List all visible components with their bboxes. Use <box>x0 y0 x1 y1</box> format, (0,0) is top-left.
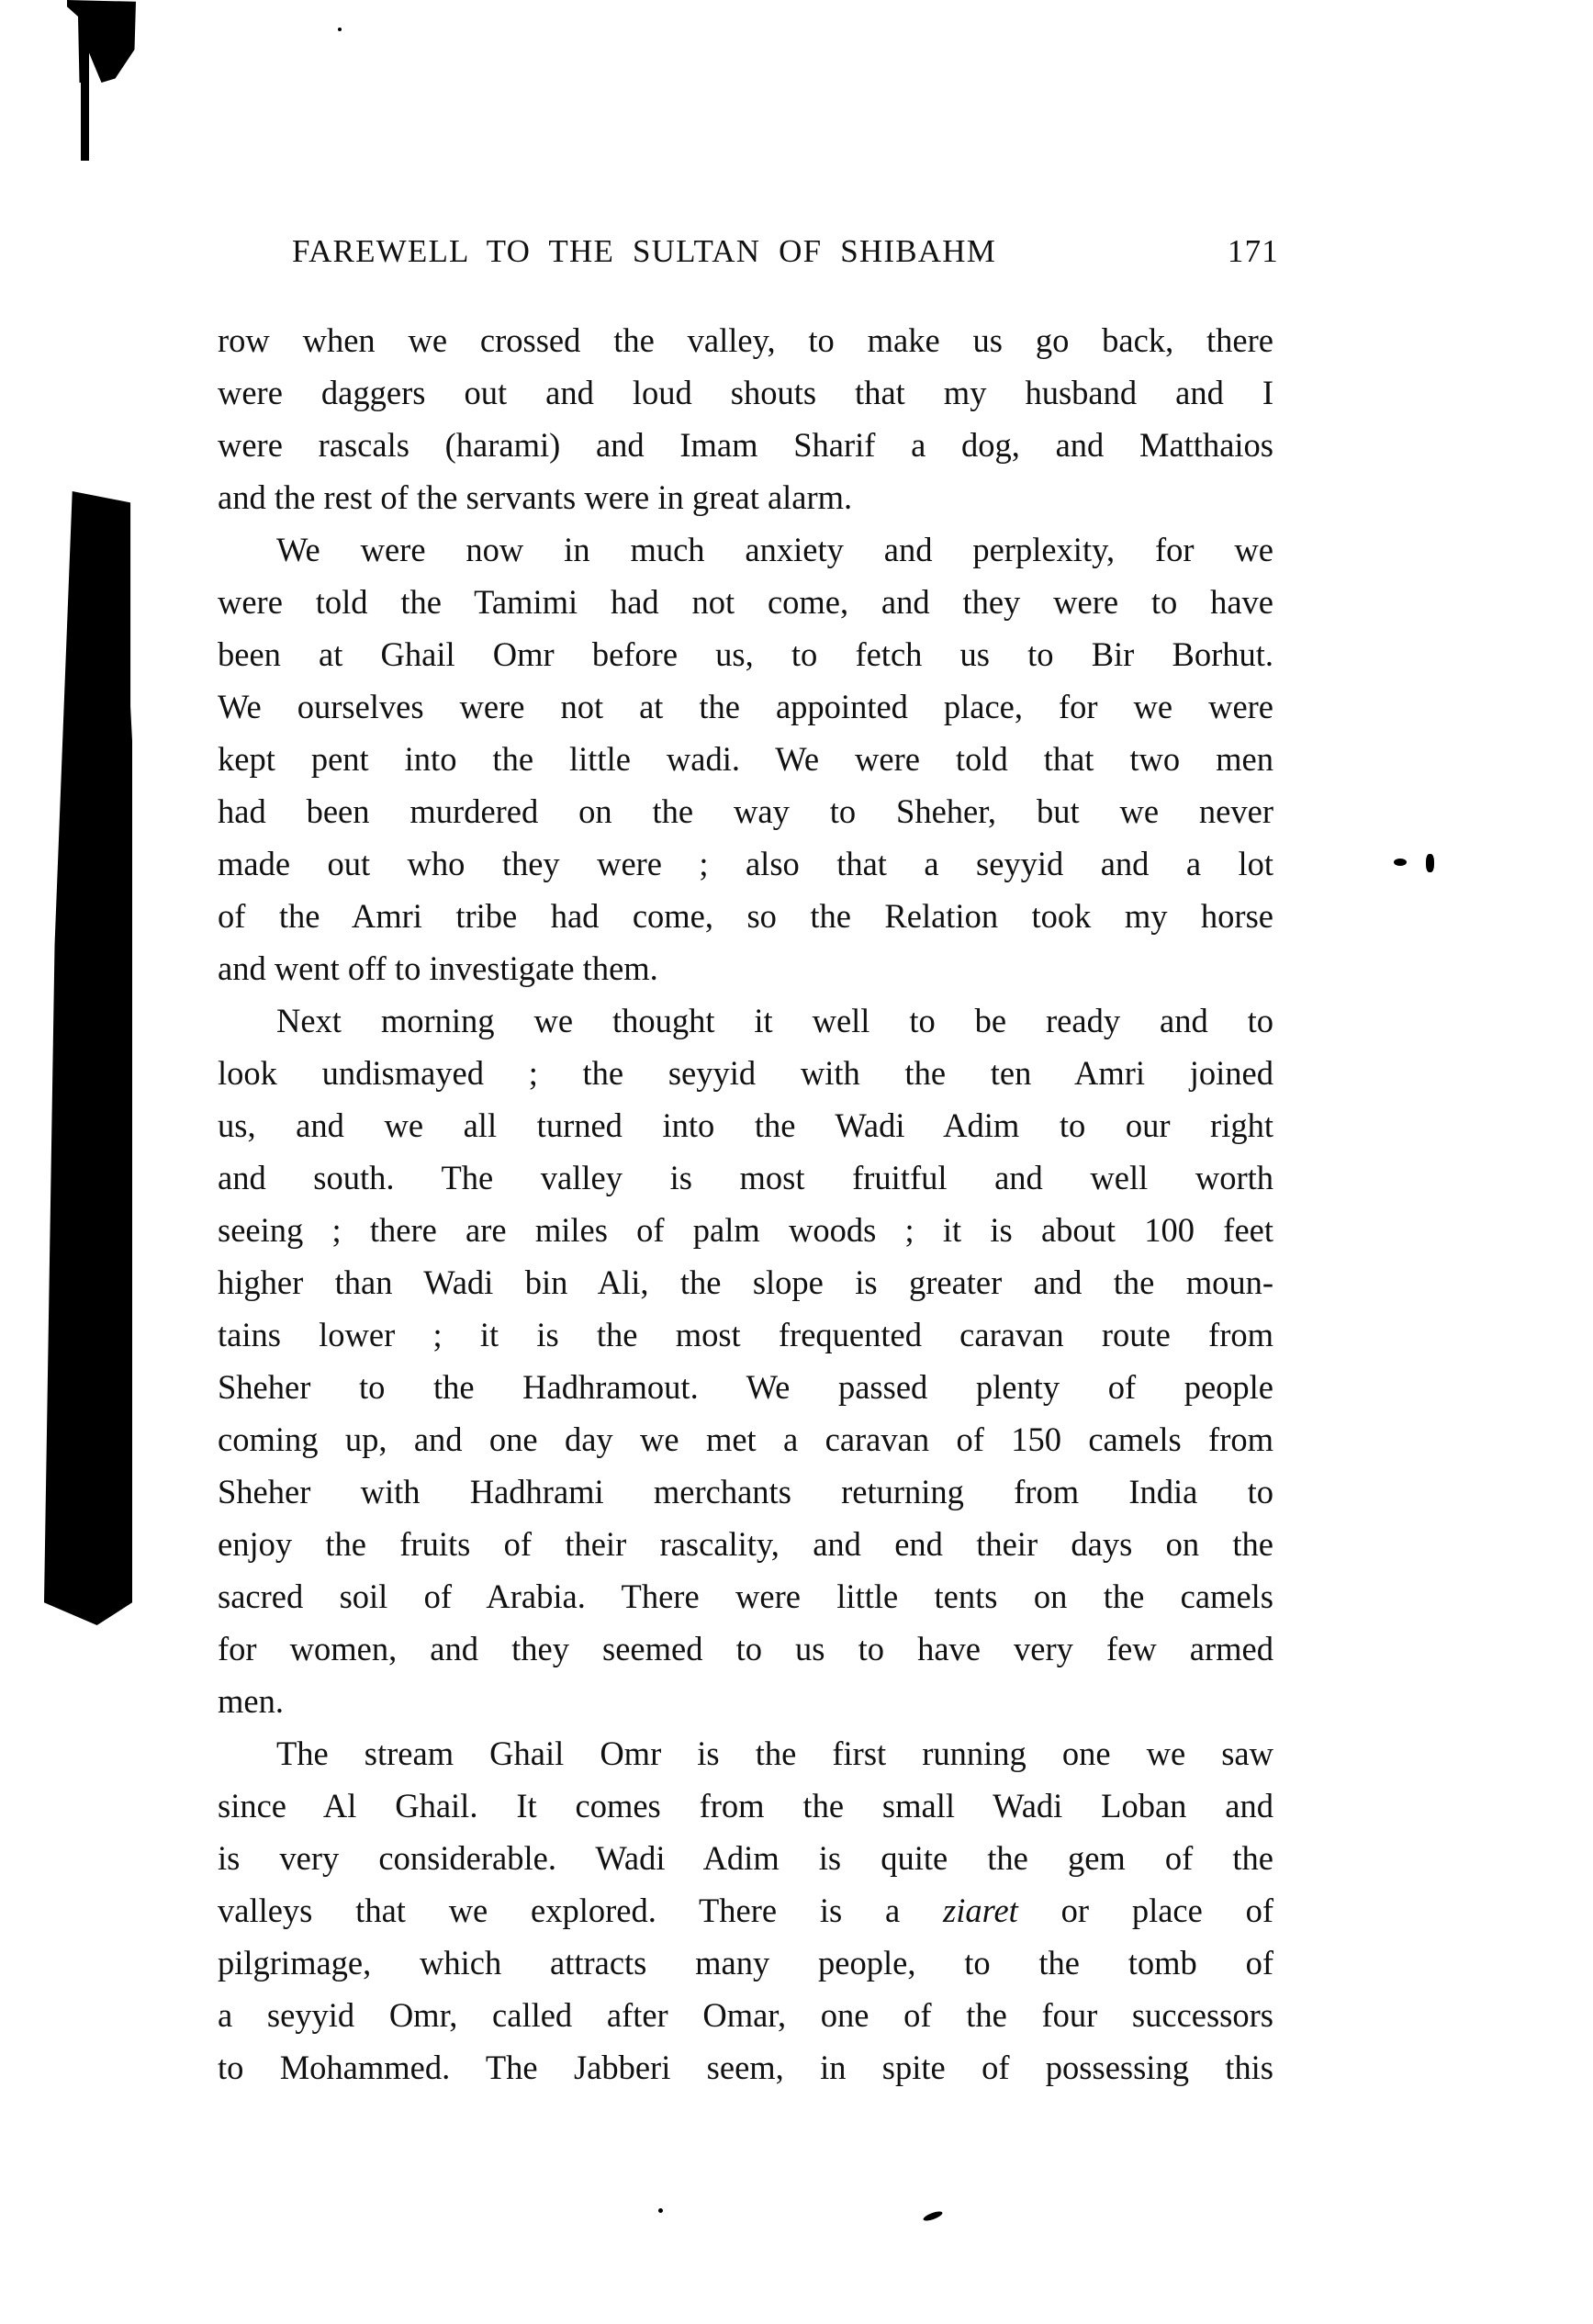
text-segment: valleys that we explored. There is a <box>218 1892 900 1929</box>
text-line: is very considerable. Wadi Adim is quite… <box>218 1832 1273 1884</box>
body-text: row when we crossed the valley, to make … <box>218 314 1273 2094</box>
text-segment: or place of <box>1061 1892 1273 1929</box>
text-line: pilgrimage, which attracts many people, … <box>218 1937 1273 1989</box>
scan-speck <box>1426 854 1434 872</box>
paragraph-2: We were now in much anxiety and perplexi… <box>218 523 1273 994</box>
text-line: We ourselves were not at the appointed p… <box>218 680 1273 733</box>
text-line: higher than Wadi bin Ali, the slope is g… <box>218 1256 1273 1308</box>
text-line: been at Ghail Omr before us, to fetch us… <box>218 628 1273 680</box>
italic-term: ziaret <box>943 1892 1018 1929</box>
text-line: Next morning we thought it well to be re… <box>218 994 1273 1047</box>
text-line: of the Amri tribe had come, so the Relat… <box>218 890 1273 942</box>
text-line: coming up, and one day we met a caravan … <box>218 1413 1273 1465</box>
book-page: FAREWELL TO THE SULTAN OF SHIBAHM 171 ro… <box>0 0 1593 2324</box>
text-line: Sheher to the Hadhramout. We passed plen… <box>218 1361 1273 1413</box>
paragraph-4: The stream Ghail Omr is the first runnin… <box>218 1727 1273 2094</box>
text-line: We were now in much anxiety and perplexi… <box>218 523 1273 576</box>
text-line: men. <box>218 1675 1273 1727</box>
chapter-running-title: FAREWELL TO THE SULTAN OF SHIBAHM <box>292 233 996 270</box>
text-line: The stream Ghail Omr is the first runnin… <box>218 1727 1273 1779</box>
text-line: row when we crossed the valley, to make … <box>218 314 1273 366</box>
text-line: and the rest of the servants were in gre… <box>218 471 1273 523</box>
text-line-with-italic: valleys that we explored. There is a zia… <box>218 1884 1273 1937</box>
text-line: sacred soil of Arabia. There were little… <box>218 1570 1273 1622</box>
text-line: and went off to investigate them. <box>218 942 1273 994</box>
text-line: tains lower ; it is the most frequented … <box>218 1308 1273 1361</box>
text-line: to Mohammed. The Jabberi seem, in spite … <box>218 2041 1273 2094</box>
scan-artifact-binding-shadow <box>44 491 132 1625</box>
scan-speck <box>1394 859 1407 866</box>
text-line: Sheher with Hadhrami merchants returning… <box>218 1465 1273 1518</box>
text-line: were rascals (harami) and Imam Sharif a … <box>218 419 1273 471</box>
scan-speck <box>658 2208 663 2213</box>
paragraph-3: Next morning we thought it well to be re… <box>218 994 1273 1727</box>
text-line: a seyyid Omr, called after Omar, one of … <box>218 1989 1273 2041</box>
scan-speck <box>338 28 342 31</box>
text-line: had been murdered on the way to Sheher, … <box>218 785 1273 837</box>
text-line: for women, and they seemed to us to have… <box>218 1622 1273 1675</box>
scan-speck <box>922 2209 943 2222</box>
page-number: 171 <box>1228 233 1279 270</box>
text-line: made out who they were ; also that a sey… <box>218 837 1273 890</box>
text-line: since Al Ghail. It comes from the small … <box>218 1779 1273 1832</box>
text-line: look undismayed ; the seyyid with the te… <box>218 1047 1273 1099</box>
scan-artifact-top-mark <box>67 0 136 83</box>
text-line: were told the Tamimi had not come, and t… <box>218 576 1273 628</box>
text-line: were daggers out and loud shouts that my… <box>218 366 1273 419</box>
text-line: seeing ; there are miles of palm woods ;… <box>218 1204 1273 1256</box>
text-line: us, and we all turned into the Wadi Adim… <box>218 1099 1273 1151</box>
text-line: kept pent into the little wadi. We were … <box>218 733 1273 785</box>
text-line: and south. The valley is most fruitful a… <box>218 1151 1273 1204</box>
running-head: FAREWELL TO THE SULTAN OF SHIBAHM 171 <box>292 233 1279 279</box>
paragraph-1: row when we crossed the valley, to make … <box>218 314 1273 523</box>
text-line: enjoy the fruits of their rascality, and… <box>218 1518 1273 1570</box>
scan-artifact-top-stem <box>81 37 89 161</box>
